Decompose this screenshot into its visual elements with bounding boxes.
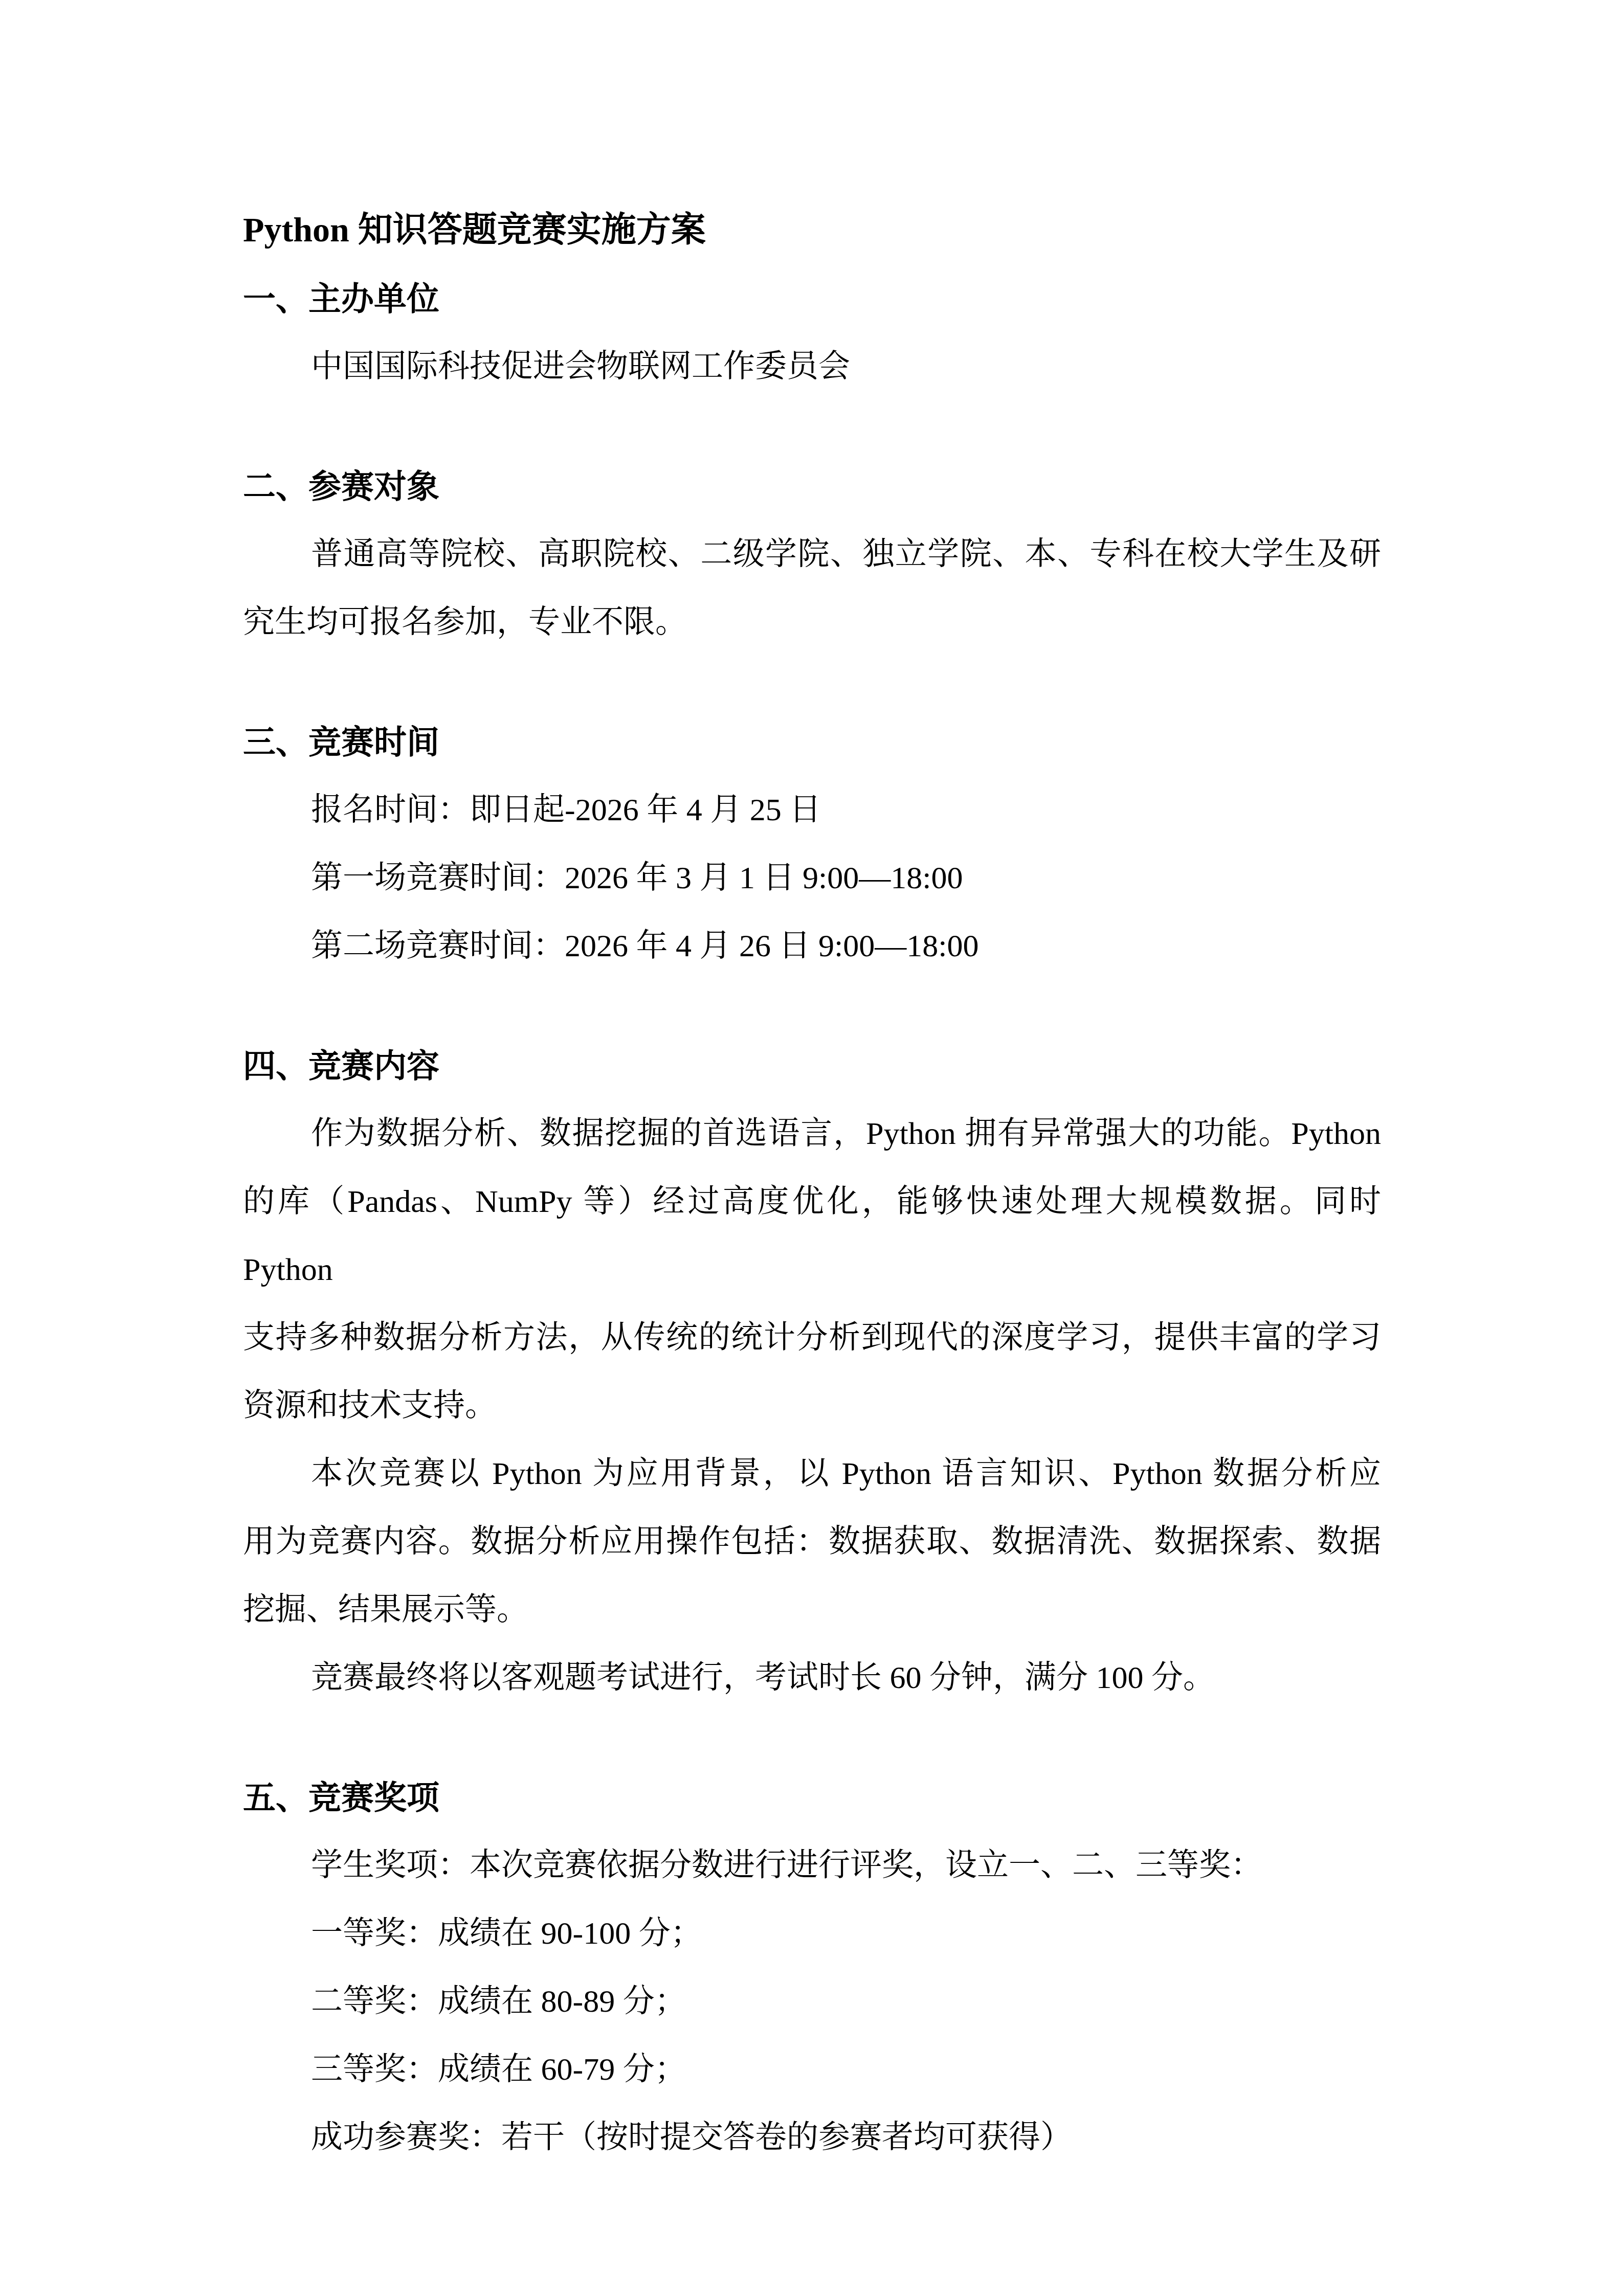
section-content: 四、竞赛内容 作为数据分析、数据挖掘的首选语言，Python 拥有异常强大的功能…	[243, 1032, 1381, 1712]
paragraph: 中国国际科技促进会物联网工作委员会	[243, 333, 1381, 401]
text-line: 第一场竞赛时间：2026 年 3 月 1 日 9:00—18:00	[243, 844, 1381, 912]
paragraph: 成功参赛奖：若干（按时提交答卷的参赛者均可获得）	[243, 2104, 1381, 2172]
text-line: 作为数据分析、数据挖掘的首选语言，Python 拥有异常强大的功能。Python	[243, 1100, 1381, 1168]
paragraph: 一等奖：成绩在 90-100 分；	[243, 1900, 1381, 1968]
text-line: 挖掘、结果展示等。	[243, 1576, 1381, 1644]
paragraph: 二等奖：成绩在 80-89 分；	[243, 1968, 1381, 2036]
paragraph: 学生奖项：本次竞赛依据分数进行进行评奖，设立一、二、三等奖：	[243, 1832, 1381, 1900]
text-line: 用为竞赛内容。数据分析应用操作包括：数据获取、数据清洗、数据探索、数据	[243, 1508, 1381, 1576]
text-line: 普通高等院校、高职院校、二级学院、独立学院、本、专科在校大学生及研	[243, 521, 1381, 589]
text-line: 的库（Pandas、NumPy 等）经过高度优化，能够快速处理大规模数据。同时 …	[243, 1168, 1381, 1304]
paragraph: 报名时间：即日起-2026 年 4 月 25 日	[243, 776, 1381, 844]
section-heading: 五、竞赛奖项	[243, 1764, 1381, 1832]
text-line: 中国国际科技促进会物联网工作委员会	[243, 333, 1381, 401]
section-heading: 四、竞赛内容	[243, 1032, 1381, 1100]
text-line: 学生奖项：本次竞赛依据分数进行进行评奖，设立一、二、三等奖：	[243, 1832, 1381, 1900]
section-awards: 五、竞赛奖项 学生奖项：本次竞赛依据分数进行进行评奖，设立一、二、三等奖： 一等…	[243, 1764, 1381, 2172]
document-title: Python 知识答题竞赛实施方案	[243, 194, 1381, 265]
paragraph: 竞赛最终将以客观题考试进行，考试时长 60 分钟，满分 100 分。	[243, 1644, 1381, 1712]
section-heading: 三、竞赛时间	[243, 708, 1381, 776]
section-heading: 一、主办单位	[243, 265, 1381, 333]
text-line: 究生均可报名参加，专业不限。	[243, 589, 1381, 657]
paragraph: 作为数据分析、数据挖掘的首选语言，Python 拥有异常强大的功能。Python…	[243, 1100, 1381, 1440]
text-line: 成功参赛奖：若干（按时提交答卷的参赛者均可获得）	[243, 2104, 1381, 2172]
paragraph: 第一场竞赛时间：2026 年 3 月 1 日 9:00—18:00	[243, 844, 1381, 912]
section-host-unit: 一、主办单位 中国国际科技促进会物联网工作委员会	[243, 265, 1381, 401]
text-line: 报名时间：即日起-2026 年 4 月 25 日	[243, 776, 1381, 844]
section-heading: 二、参赛对象	[243, 453, 1381, 521]
paragraph: 第二场竞赛时间：2026 年 4 月 26 日 9:00—18:00	[243, 912, 1381, 980]
paragraph: 普通高等院校、高职院校、二级学院、独立学院、本、专科在校大学生及研 究生均可报名…	[243, 521, 1381, 657]
document-page: Python 知识答题竞赛实施方案 一、主办单位 中国国际科技促进会物联网工作委…	[0, 0, 1624, 2296]
text-line: 第二场竞赛时间：2026 年 4 月 26 日 9:00—18:00	[243, 912, 1381, 980]
section-schedule: 三、竞赛时间 报名时间：即日起-2026 年 4 月 25 日 第一场竞赛时间：…	[243, 708, 1381, 980]
text-line: 资源和技术支持。	[243, 1372, 1381, 1440]
section-participants: 二、参赛对象 普通高等院校、高职院校、二级学院、独立学院、本、专科在校大学生及研…	[243, 453, 1381, 657]
text-line: 二等奖：成绩在 80-89 分；	[243, 1968, 1381, 2036]
text-line: 本次竞赛以 Python 为应用背景，以 Python 语言知识、Python …	[243, 1440, 1381, 1508]
text-line: 支持多种数据分析方法，从传统的统计分析到现代的深度学习，提供丰富的学习	[243, 1304, 1381, 1372]
text-line: 三等奖：成绩在 60-79 分；	[243, 2036, 1381, 2104]
paragraph: 本次竞赛以 Python 为应用背景，以 Python 语言知识、Python …	[243, 1440, 1381, 1644]
text-line: 竞赛最终将以客观题考试进行，考试时长 60 分钟，满分 100 分。	[243, 1644, 1381, 1712]
text-line: 一等奖：成绩在 90-100 分；	[243, 1900, 1381, 1968]
paragraph: 三等奖：成绩在 60-79 分；	[243, 2036, 1381, 2104]
